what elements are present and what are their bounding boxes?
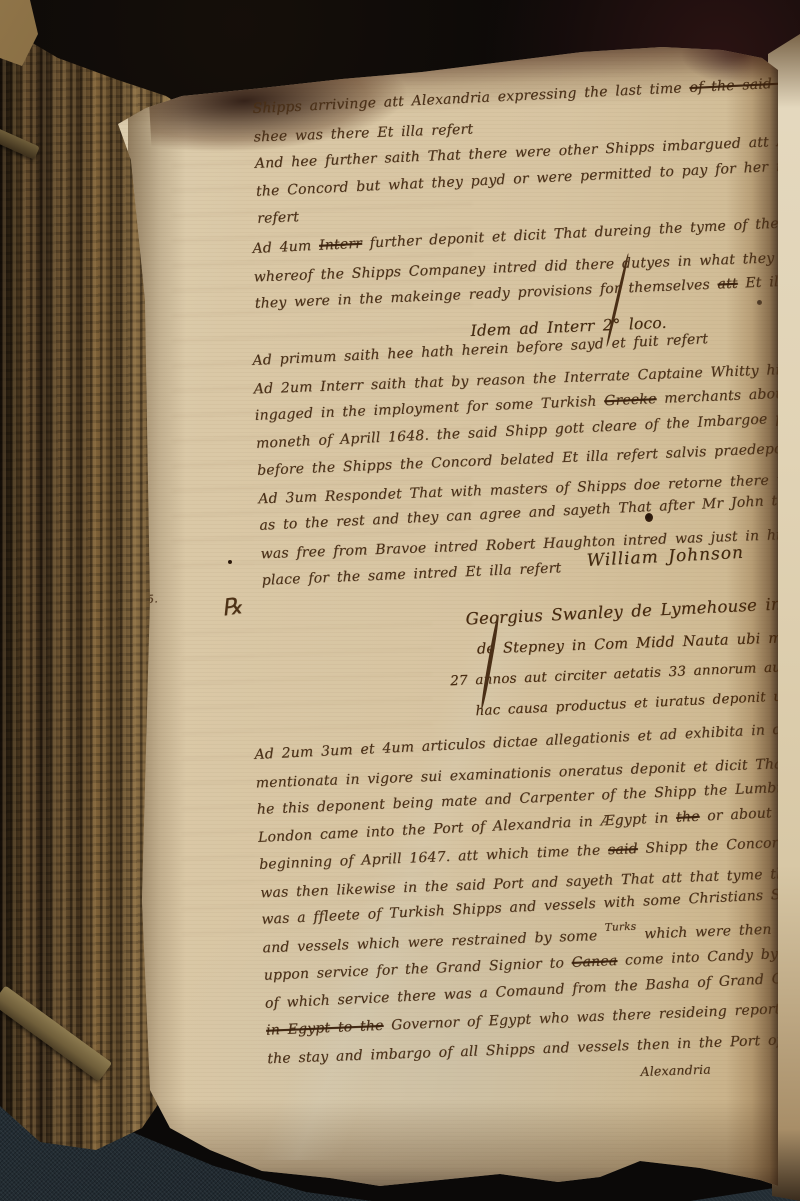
deposition1-answer-continuation: Shipps arrivinge att Alexandria expressi… — [252, 68, 800, 233]
ink-blot — [228, 560, 232, 564]
ink-blot — [757, 300, 762, 305]
catchword: Alexandria — [640, 1056, 711, 1086]
deposition2-latin-heading: Georgius Swanley de Lymehouse infra paro… — [455, 585, 800, 728]
ink-blot — [645, 513, 653, 522]
deposition2-answer: Ad 2um 3um et 4um articulos dictae alleg… — [254, 714, 800, 1073]
margin-monogram-mark: ℞ — [220, 593, 244, 623]
manuscript-photo: Shipps arrivinge att Alexandria expressi… — [0, 0, 800, 1201]
